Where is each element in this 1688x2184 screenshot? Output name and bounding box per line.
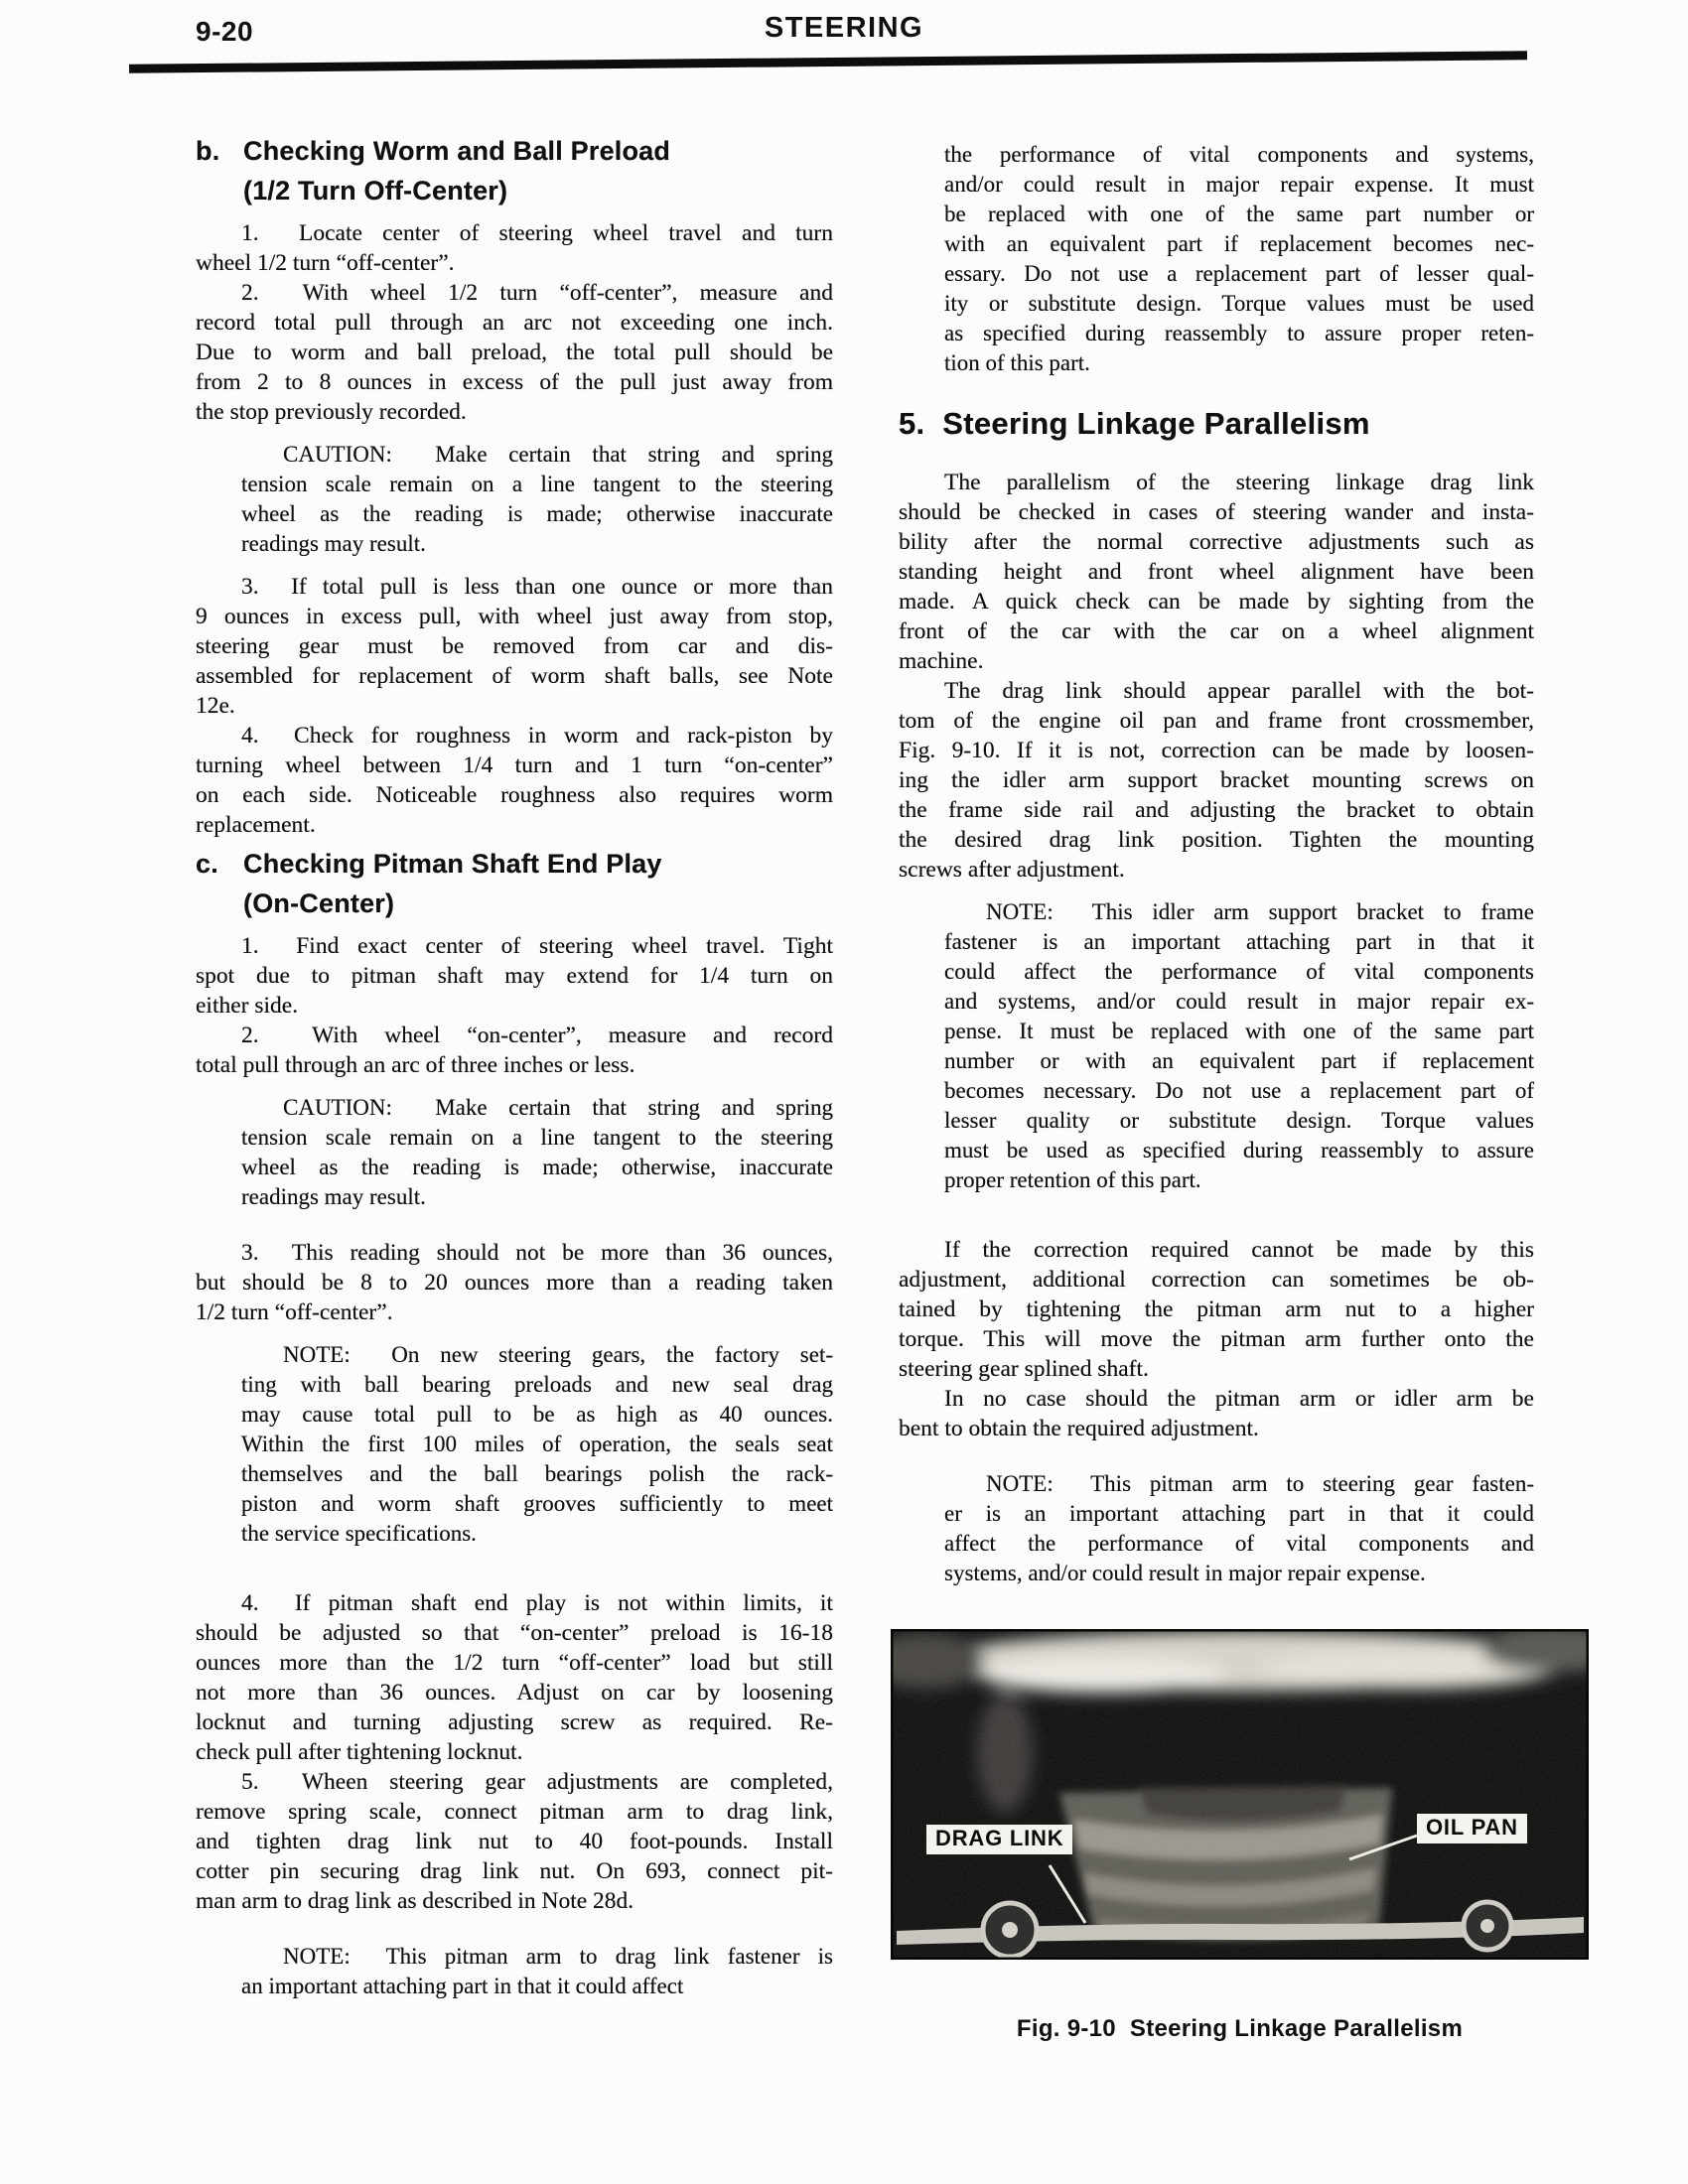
paragraph: If the correction required cannot be mad… <box>899 1235 1534 1384</box>
underbody-photo <box>891 1629 1589 1960</box>
text-line: The parallelism of the steering linkage … <box>899 468 1534 497</box>
text-line: NOTE: This pitman arm to steering gear f… <box>944 1469 1534 1499</box>
text-line: affect the performance of vital componen… <box>944 1529 1534 1559</box>
paragraph: The parallelism of the steering linkage … <box>899 468 1534 676</box>
subsection-heading-lines: Checking Pitman Shaft End Play(On-Center… <box>243 844 662 923</box>
text-line: ting with ball bearing preloads and new … <box>241 1370 833 1400</box>
manual-page: 9-20 STEERING b.Checking Worm and Ball P… <box>0 0 1688 2184</box>
text-line: assembled for replacement of worm shaft … <box>196 661 833 691</box>
paragraph: 5. Wheen steering gear adjustments are c… <box>196 1767 833 1916</box>
subsection-heading-line: (On-Center) <box>243 884 662 923</box>
drag-link-label: DRAG LINK <box>926 1825 1072 1854</box>
text-line: 5. Wheen steering gear adjustments are c… <box>196 1767 833 1797</box>
text-line: ounces more than the 1/2 turn “off-cente… <box>196 1648 833 1678</box>
paragraph: In no case should the pitman arm or idle… <box>899 1384 1534 1443</box>
column-left: b.Checking Worm and Ball Preload(1/2 Tur… <box>196 127 833 2014</box>
text-line: The drag link should appear parallel wit… <box>899 676 1534 706</box>
text-line: number or with an equivalent part if rep… <box>944 1046 1534 1076</box>
text-line: 1. Locate center of steering wheel trave… <box>196 218 833 248</box>
column-right: the performance of vital components and … <box>899 127 1534 1601</box>
text-line: lesser quality or substitute design. Tor… <box>944 1106 1534 1136</box>
text-line: proper retention of this part. <box>944 1165 1534 1195</box>
text-line: be replaced with one of the same part nu… <box>944 200 1534 229</box>
text-line: as specified during reassembly to assure… <box>944 319 1534 348</box>
note-block: CAUTION: Make certain that string and sp… <box>196 1093 833 1212</box>
text-line: becomes necessary. Do not use a replacem… <box>944 1076 1534 1106</box>
text-line: but should be 8 to 20 ounces more than a… <box>196 1268 833 1297</box>
text-line: 3. If total pull is less than one ounce … <box>196 572 833 602</box>
text-line: NOTE: This idler arm support bracket to … <box>944 897 1534 927</box>
text-line: steering gear must be removed from car a… <box>196 631 833 661</box>
figure-caption: Fig. 9-10 Steering Linkage Parallelism <box>891 2015 1589 2043</box>
text-line: NOTE: This pitman arm to drag link faste… <box>241 1942 833 1972</box>
text-line: CAUTION: Make certain that string and sp… <box>241 1093 833 1123</box>
note-block: the performance of vital components and … <box>899 140 1534 378</box>
text-line: bility after the normal corrective adjus… <box>899 527 1534 557</box>
text-line: tom of the engine oil pan and frame fron… <box>899 706 1534 736</box>
text-line: Due to worm and ball preload, the total … <box>196 338 833 367</box>
subsection-letter: c. <box>196 844 243 923</box>
text-line: locknut and turning adjusting screw as r… <box>196 1707 833 1737</box>
header-rule <box>129 51 1527 73</box>
text-line: total pull through an arc of three inche… <box>196 1050 833 1080</box>
text-line: may cause total pull to be as high as 40… <box>241 1400 833 1430</box>
text-line: the stop previously recorded. <box>196 397 833 427</box>
text-line: If the correction required cannot be mad… <box>899 1235 1534 1265</box>
text-line: screws after adjustment. <box>899 855 1534 885</box>
note-block: NOTE: This idler arm support bracket to … <box>899 897 1534 1195</box>
text-line: on each side. Noticeable roughness also … <box>196 780 833 810</box>
note-block: NOTE: This pitman arm to drag link faste… <box>196 1942 833 2001</box>
text-line: 4. Check for roughness in worm and rack-… <box>196 721 833 751</box>
text-line: readings may result. <box>241 1182 833 1212</box>
text-line: er is an important attaching part in tha… <box>944 1499 1534 1529</box>
text-line: torque. This will move the pitman arm fu… <box>899 1324 1534 1354</box>
text-line: systems, and/or could result in major re… <box>944 1559 1534 1588</box>
text-line: the service specifications. <box>241 1519 833 1549</box>
text-line: should be checked in cases of steering w… <box>899 497 1534 527</box>
text-line: NOTE: On new steering gears, the factory… <box>241 1340 833 1370</box>
text-line: front of the car with the car on a wheel… <box>899 616 1534 646</box>
subsection-heading-line: (1/2 Turn Off-Center) <box>243 171 670 210</box>
text-line: tion of this part. <box>944 348 1534 378</box>
text-line: cotter pin securing drag link nut. On 69… <box>196 1856 833 1886</box>
subsection-heading: b.Checking Worm and Ball Preload(1/2 Tur… <box>196 131 833 210</box>
paragraph: The drag link should appear parallel wit… <box>899 676 1534 885</box>
subsection-letter: b. <box>196 131 243 210</box>
text-line: and systems, and/or could result in majo… <box>944 987 1534 1017</box>
paragraph: 2. With wheel 1/2 turn “off-center”, mea… <box>196 278 833 427</box>
text-line: 1. Find exact center of steering wheel t… <box>196 931 833 961</box>
text-line: wheel 1/2 turn “off-center”. <box>196 248 833 278</box>
text-line: tension scale remain on a line tangent t… <box>241 1123 833 1153</box>
text-line: 1/2 turn “off-center”. <box>196 1297 833 1327</box>
text-line: the frame side rail and adjusting the br… <box>899 795 1534 825</box>
text-line: replacement. <box>196 810 833 840</box>
text-line: piston and worm shaft grooves sufficient… <box>241 1489 833 1519</box>
paragraph: 2. With wheel “on-center”, measure and r… <box>196 1021 833 1080</box>
text-line: readings may result. <box>241 529 833 559</box>
text-line: man arm to drag link as described in Not… <box>196 1886 833 1916</box>
note-block: NOTE: This pitman arm to steering gear f… <box>899 1469 1534 1588</box>
text-line: 12e. <box>196 691 833 721</box>
text-line: should be adjusted so that “on-center” p… <box>196 1618 833 1648</box>
paragraph: 4. Check for roughness in worm and rack-… <box>196 721 833 840</box>
text-line: could affect the performance of vital co… <box>944 957 1534 987</box>
photo-grain <box>891 1629 1589 1960</box>
text-line: tension scale remain on a line tangent t… <box>241 470 833 499</box>
text-line: an important attaching part in that it c… <box>241 1972 833 2001</box>
text-line: with an equivalent part if replacement b… <box>944 229 1534 259</box>
text-line: machine. <box>899 646 1534 676</box>
text-line: 3. This reading should not be more than … <box>196 1238 833 1268</box>
text-line: standing height and front wheel alignmen… <box>899 557 1534 587</box>
section-heading: 5. Steering Linkage Parallelism <box>899 406 1534 442</box>
page-title: STEERING <box>0 12 1688 45</box>
text-line: the desired drag link position. Tighten … <box>899 825 1534 855</box>
paragraph: 4. If pitman shaft end play is not withi… <box>196 1588 833 1767</box>
text-line: Fig. 9-10. If it is not, correction can … <box>899 736 1534 765</box>
paragraph: 1. Locate center of steering wheel trave… <box>196 218 833 278</box>
text-line: CAUTION: Make certain that string and sp… <box>241 440 833 470</box>
paragraph: 3. If total pull is less than one ounce … <box>196 572 833 721</box>
text-line: steering gear splined shaft. <box>899 1354 1534 1384</box>
text-line: ity or substitute design. Torque values … <box>944 289 1534 319</box>
text-line: adjustment, additional correction can so… <box>899 1265 1534 1295</box>
paragraph: 1. Find exact center of steering wheel t… <box>196 931 833 1021</box>
text-line: 2. With wheel 1/2 turn “off-center”, mea… <box>196 278 833 308</box>
text-line: pense. It must be replaced with one of t… <box>944 1017 1534 1046</box>
oil-pan-label: OIL PAN <box>1417 1814 1527 1843</box>
text-line: 9 ounces in excess pull, with wheel just… <box>196 602 833 631</box>
note-block: CAUTION: Make certain that string and sp… <box>196 440 833 559</box>
text-line: In no case should the pitman arm or idle… <box>899 1384 1534 1414</box>
text-line: and/or could result in major repair expe… <box>944 170 1534 200</box>
text-line: wheel as the reading is made; otherwise,… <box>241 1153 833 1182</box>
text-line: remove spring scale, connect pitman arm … <box>196 1797 833 1827</box>
text-line: spot due to pitman shaft may extend for … <box>196 961 833 991</box>
subsection-heading-line: Checking Pitman Shaft End Play <box>243 844 662 884</box>
text-line: bent to obtain the required adjustment. <box>899 1414 1534 1443</box>
note-block: NOTE: On new steering gears, the factory… <box>196 1340 833 1549</box>
text-line: made. A quick check can be made by sight… <box>899 587 1534 616</box>
text-line: fastener is an important attaching part … <box>944 927 1534 957</box>
text-line: the performance of vital components and … <box>944 140 1534 170</box>
text-line: 2. With wheel “on-center”, measure and r… <box>196 1021 833 1050</box>
text-line: essary. Do not use a replacement part of… <box>944 259 1534 289</box>
text-line: themselves and the ball bearings polish … <box>241 1459 833 1489</box>
text-line: ing the idler arm support bracket mounti… <box>899 765 1534 795</box>
subsection-heading-lines: Checking Worm and Ball Preload(1/2 Turn … <box>243 131 670 210</box>
paragraph: 3. This reading should not be more than … <box>196 1238 833 1327</box>
figure-9-10: DRAG LINK OIL PAN <box>891 1629 1589 1960</box>
text-line: and tighten drag link nut to 40 foot-pou… <box>196 1827 833 1856</box>
text-line: must be used as specified during reassem… <box>944 1136 1534 1165</box>
text-line: not more than 36 ounces. Adjust on car b… <box>196 1678 833 1707</box>
text-line: from 2 to 8 ounces in excess of the pull… <box>196 367 833 397</box>
subsection-heading-line: Checking Worm and Ball Preload <box>243 131 670 171</box>
subsection-heading: c.Checking Pitman Shaft End Play(On-Cent… <box>196 844 833 923</box>
text-line: tained by tightening the pitman arm nut … <box>899 1295 1534 1324</box>
text-line: turning wheel between 1/4 turn and 1 tur… <box>196 751 833 780</box>
text-line: check pull after tightening locknut. <box>196 1737 833 1767</box>
text-line: record total pull through an arc not exc… <box>196 308 833 338</box>
text-line: wheel as the reading is made; otherwise … <box>241 499 833 529</box>
text-line: either side. <box>196 991 833 1021</box>
text-line: 4. If pitman shaft end play is not withi… <box>196 1588 833 1618</box>
text-line: Within the first 100 miles of operation,… <box>241 1430 833 1459</box>
